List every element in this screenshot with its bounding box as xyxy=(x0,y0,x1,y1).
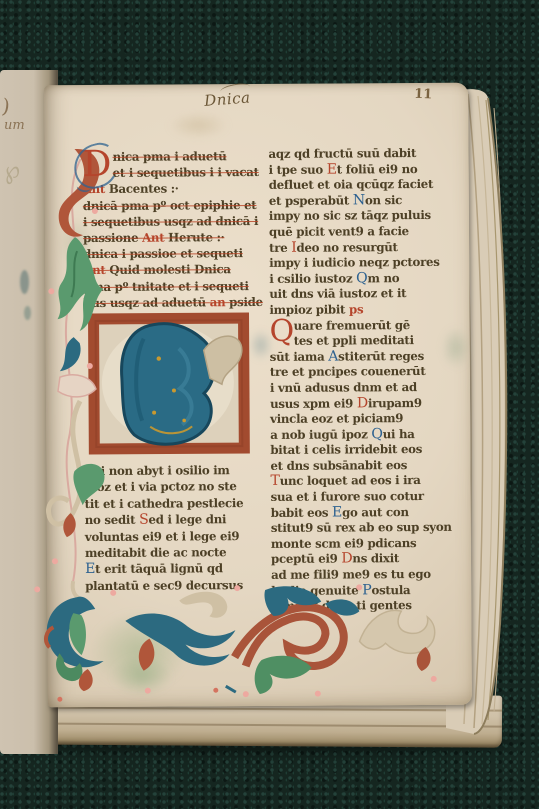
bottom-border-acanthus-scroll xyxy=(29,581,468,706)
facing-page-text-fragment: um xyxy=(4,118,25,133)
text-segment: tre xyxy=(269,240,291,254)
text-segment: Quid molesti Dnica xyxy=(109,262,231,277)
manuscript-line: i sequetibus usqz ad dnicā i xyxy=(83,213,271,230)
text-segment: pside xyxy=(229,295,263,309)
gutter-paint-fleck xyxy=(20,270,29,294)
text-segment: go aut con xyxy=(342,505,409,519)
text-segment: irupam9 xyxy=(368,396,422,410)
text-segment: ad me fili9 me9 es tu ego xyxy=(271,567,431,582)
manuscript-line: babit eos Ego aut con xyxy=(271,504,471,521)
manuscript-line: tit et i cathedra pestlecie xyxy=(85,495,273,513)
text-segment: Bacentes :· xyxy=(109,182,179,196)
text-segment: et dns subsānabit eos xyxy=(270,458,407,473)
manuscript-line: sua et i furore suo cotur xyxy=(271,489,471,506)
text-segment: et i sequetibus i i vacat xyxy=(113,165,259,180)
manuscript-line: et psperabūt Non sic xyxy=(269,192,469,209)
text-segment: nica pma i aduetū xyxy=(112,149,226,164)
manuscript-line: dnica i passioe et sequeti xyxy=(83,245,271,262)
manuscript-line: monte scm ei9 pdicans xyxy=(271,536,471,553)
manuscript-line: Tunc loquet ad eos i ira xyxy=(270,473,470,490)
text-segment: Herute :· xyxy=(168,230,224,244)
right-column: aqz qd fructū suū dabiti tpe suo Et foli… xyxy=(268,146,471,615)
left-column-body: qui non abyt i osilio impioz et i via pc… xyxy=(84,462,273,594)
text-segment: vincla eoz et piciam9 xyxy=(270,411,403,426)
manuscript-line: bitat i celis irridebit eos xyxy=(270,442,470,459)
rubricated-segment: an xyxy=(210,295,230,309)
manuscript-line: quē picit vent9 a facie xyxy=(269,224,469,241)
manuscript-line: i vnū adusus dnm et ad xyxy=(270,380,470,397)
text-segment: tes et ppli meditati xyxy=(294,333,414,348)
text-segment: aqz qd fructū suū dabit xyxy=(268,146,416,161)
manuscript-line: aqz qd fructū suū dabit xyxy=(268,146,468,163)
text-segment: on sic xyxy=(365,193,402,207)
manuscript-line: usus xpm ei9 Dirupam9 xyxy=(270,395,470,412)
text-segment: m no xyxy=(367,271,399,285)
text-segment: babit eos xyxy=(271,505,332,519)
text-segment: impy i iudicio neqz pctores xyxy=(269,255,439,270)
rubricated-segment: S xyxy=(139,512,149,528)
text-segment: i vnū adusus dnm et ad xyxy=(270,380,417,395)
left-border-acanthus-flourish xyxy=(28,141,111,601)
manuscript-line: vincla eoz et piciam9 xyxy=(270,411,470,428)
text-segment: monte scm ei9 pdicans xyxy=(271,536,417,551)
text-segment: et psperabūt xyxy=(269,193,353,208)
manuscript-line: pma pº tnitate et i sequeti xyxy=(83,277,271,294)
manuscript-line: impy i iudicio neqz pctores xyxy=(269,255,469,272)
rubricated-segment: T xyxy=(270,473,279,489)
text-segment: a nob iugū ipoz xyxy=(270,427,371,442)
manuscript-line: impy no sic sz tāqz puluis xyxy=(269,208,469,225)
rubricated-segment: D xyxy=(341,551,352,567)
manuscript-line: pioz et i via pctoz no ste xyxy=(85,478,273,496)
text-segment: stiterūt reges xyxy=(338,349,424,364)
manuscript-line: uare fremuerūt gē xyxy=(270,317,470,334)
rubricated-segment: Q xyxy=(356,270,367,286)
running-title: Dnica xyxy=(204,88,252,109)
text-segment: t erit tāquā lignū qd xyxy=(95,562,223,577)
manuscript-line: no sedit Sed i lege dni xyxy=(85,511,273,529)
text-segment: defluet et oia qcūqz faciet xyxy=(269,177,434,192)
rubricated-segment: D xyxy=(357,395,368,411)
text-segment: sūt iama xyxy=(270,349,329,363)
text-segment: t foliū ei9 no xyxy=(337,162,418,176)
rubricated-segment: E xyxy=(327,161,337,177)
manuscript-line: dnicā pma pº oct epiphie et xyxy=(83,196,271,213)
rubricated-segment: Ant xyxy=(142,230,168,244)
manuscript-line: voluntas ei9 et i lege ei9 xyxy=(85,527,273,545)
manuscript-line: stitut9 sū rex ab eo sup syon xyxy=(271,520,471,537)
rubricated-segment: N xyxy=(353,192,365,208)
manuscript-line: impioz pibit ps xyxy=(269,302,469,319)
manuscript-line: defluet et oia qcūqz faciet xyxy=(269,177,469,194)
manuscript-line: pceptū ei9 Dns dixit xyxy=(271,551,471,568)
manuscript-line: tre et pncipes couenerūt xyxy=(270,364,470,381)
manuscript-line: i tpe suo Et foliū ei9 no xyxy=(269,161,469,178)
manuscript-line: Et erit tāquā lignū qd xyxy=(85,560,273,578)
manuscript-line: uit dns viā iustoz et it xyxy=(269,286,469,303)
manuscript-line: qui non abyt i osilio im xyxy=(84,462,272,480)
text-segment: impy no sic sz tāqz puluis xyxy=(269,208,431,223)
text-segment: i tpe suo xyxy=(269,162,327,176)
text-segment: uit dns viā iustoz et it xyxy=(269,286,406,301)
text-segment: i csilio iustoz xyxy=(269,271,356,286)
text-segment: pceptū ei9 xyxy=(271,552,341,566)
manuscript-line: a nob iugū ipoz Qui ha xyxy=(270,426,470,443)
manuscript-line: tre Ideo no resurgūt xyxy=(269,239,469,256)
text-segment: uare fremuerūt gē xyxy=(294,318,411,333)
left-column-rubric: Dnica pma i aduetūet i sequetibus i i va… xyxy=(82,148,271,311)
manuscript-line: meditabit die ac nocte xyxy=(85,544,273,562)
photograph-of-manuscript: { "palette":{ "cloth":"#152620","parchme… xyxy=(0,0,539,809)
folio-number: 11 xyxy=(414,87,433,103)
manuscript-line: et dns subsānabit eos xyxy=(270,458,470,475)
manuscript-page: Dnica 11 Dnica pma i aduetūet i sequetib… xyxy=(44,83,472,708)
manuscript-line: i csilio iustoz Qm no xyxy=(269,270,469,287)
manuscript-line: passione Ant Herute :· xyxy=(83,229,271,246)
manuscript-line: Ant Quid molesti Dnica xyxy=(83,261,271,278)
text-segment: i sequetibus usqz ad dnicā i xyxy=(83,214,258,229)
text-segment: bitat i celis irridebit eos xyxy=(270,442,422,457)
rubricated-segment: ps xyxy=(349,302,363,316)
text-segment: usus xpm ei9 xyxy=(270,396,357,411)
drop-cap-initial: Q xyxy=(270,316,294,346)
text-segment: ns dixit xyxy=(352,552,399,566)
drop-cap-initial: D xyxy=(82,147,111,183)
text-segment: ed i lege dni xyxy=(148,512,226,526)
text-segment: quē picit vent9 a facie xyxy=(269,224,409,239)
text-segment: sua et i furore suo cotur xyxy=(271,489,424,504)
text-segment: stitut9 sū rex ab eo sup syon xyxy=(271,520,452,535)
text-segment: deo no resurgūt xyxy=(296,240,397,255)
rubricated-segment: Q xyxy=(371,426,382,442)
text-segment: ui ha xyxy=(383,427,415,441)
rubricated-segment: E xyxy=(332,504,342,520)
tan-stain xyxy=(168,112,228,138)
facing-page-faded-flourish: ℘ xyxy=(0,155,22,186)
manuscript-line: tes et ppli meditati xyxy=(270,333,470,350)
facing-page-text-fragment: ) xyxy=(0,94,11,119)
rubricated-segment: A xyxy=(328,348,338,364)
manuscript-line: sūt iama Astiterūt reges xyxy=(270,348,470,365)
text-segment: unc loquet ad eos i ira xyxy=(280,473,421,488)
text-segment: tre et pncipes couenerūt xyxy=(270,364,426,379)
